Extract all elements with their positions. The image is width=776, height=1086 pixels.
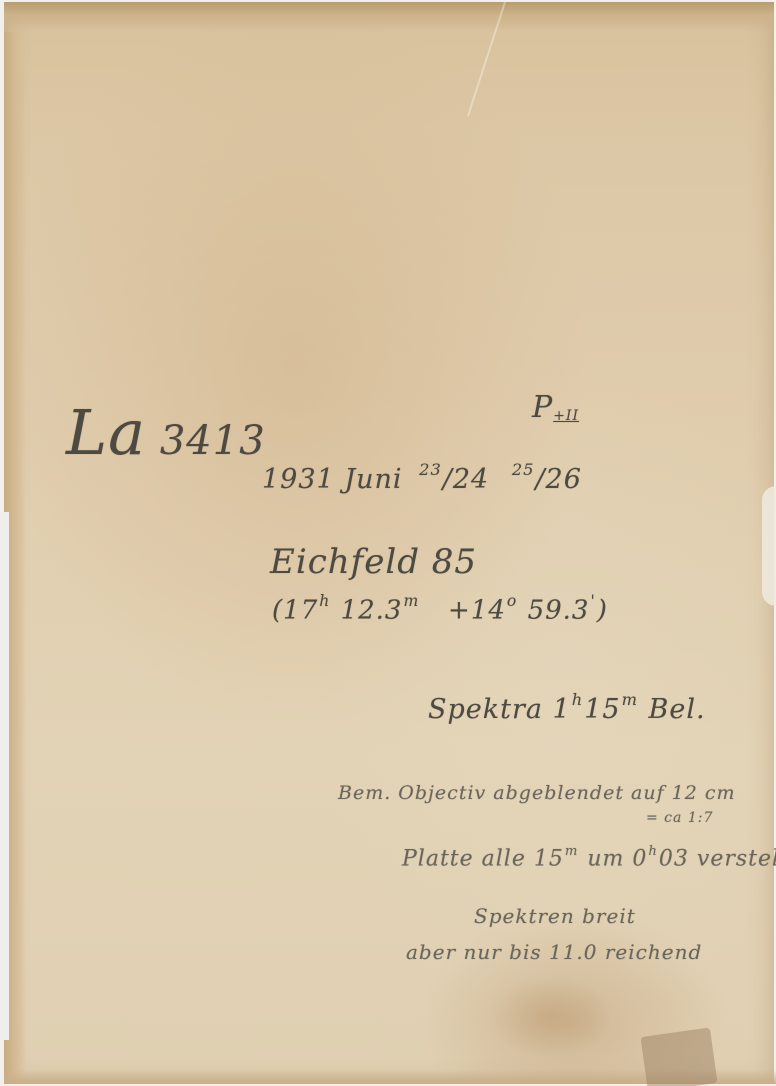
exposure-suffix: Bel. (649, 694, 706, 725)
exposure-hours-unit: h (572, 690, 583, 709)
exposure-label: Spektra (428, 694, 543, 725)
obs-month: Juni (344, 464, 402, 495)
exposure-hours: 1 (553, 694, 571, 725)
remark-line-4: aber nur bis 11.0 reichend (406, 940, 702, 964)
plate-class-sub: +II (553, 408, 579, 424)
exposure-minutes-unit: m (622, 690, 638, 709)
scanned-document: La 3413 P+II 1931 Juni 23/24 25/26 Eichf… (0, 0, 776, 1086)
remark-2-mid: um 0 (587, 847, 647, 872)
scan-background-gap (0, 740, 9, 1040)
remark-line-3: Spektren breit (474, 904, 636, 928)
exposure-line: Spektra 1h15m Bel. (428, 690, 706, 725)
ra-hours-unit: h (319, 592, 330, 610)
catalog-number: 3413 (160, 418, 266, 464)
ra-minutes: 12.3 (341, 595, 403, 625)
remark-2-post: 03 verstellt (659, 847, 776, 872)
catalog-prefix: La (66, 396, 146, 469)
ra-minutes-unit: m (403, 592, 419, 610)
plate-class: P+II (532, 390, 579, 425)
remark-line-2: Platte alle 15m um 0h03 verstellt (402, 844, 776, 872)
envelope-paper: La 3413 P+II 1931 Juni 23/24 25/26 Eichf… (4, 2, 774, 1084)
dec-degrees: +14 (448, 595, 506, 625)
object-name: Eichfeld 85 (270, 542, 477, 582)
catalog-id: La 3413 (66, 396, 266, 469)
obs-night-1: 23/24 (418, 460, 489, 495)
night-1-den: 24 (453, 464, 489, 495)
remark-2-unit: m (565, 844, 579, 859)
obs-night-2: 25/26 (511, 460, 582, 495)
obs-year: 1931 (262, 464, 335, 495)
tape-residue (640, 1027, 717, 1086)
remark-line-1: Bem. Objectiv abgeblendet auf 12 cm (338, 782, 736, 804)
night-2-den: 26 (546, 464, 582, 495)
observation-date: 1931 Juni 23/24 25/26 (262, 460, 588, 495)
exposure-minutes: 15 (584, 694, 620, 725)
envelope-top-fold (4, 2, 774, 32)
remark-2-unit2: h (648, 844, 658, 859)
remark-2-pre: Platte alle 15 (402, 847, 564, 872)
dec-minutes: 59.3 (528, 595, 590, 625)
dec-degrees-unit: o (507, 592, 517, 610)
dec-minutes-unit: ' (590, 592, 595, 610)
night-2-num: 25 (512, 460, 535, 479)
envelope-thumb-notch (762, 486, 776, 606)
plate-class-letter: P (532, 390, 553, 425)
ra-hours: 17 (283, 595, 318, 625)
scan-background-gap (0, 512, 9, 740)
object-coordinates: (17h 12.3m +14o 59.3') (272, 592, 608, 625)
night-1-num: 23 (419, 460, 442, 479)
remark-line-1b: = ca 1:7 (646, 810, 713, 826)
